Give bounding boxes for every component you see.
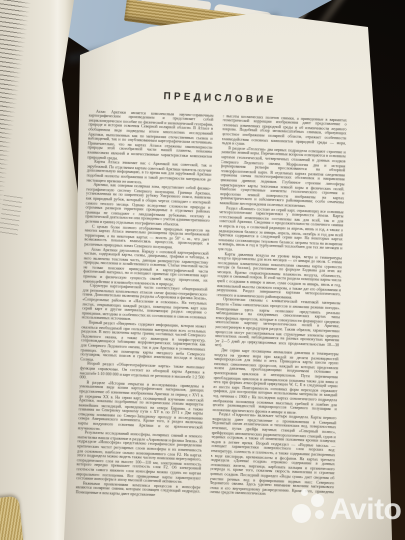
paragraph: Важными проявлениями комплекса процессов… bbox=[76, 481, 201, 499]
text-columns: Атлас Арктики является комплексным научн… bbox=[75, 109, 347, 526]
paragraph: Органически связаны с климатической тема… bbox=[214, 297, 340, 352]
avito-logo-circle bbox=[315, 510, 324, 519]
paragraph: В разделе «Геология» два первых подразде… bbox=[219, 146, 346, 210]
paragraph: Две серии карт посвящены аномалиям давле… bbox=[212, 348, 339, 417]
paragraph: В разделе «История открытия и исследован… bbox=[78, 380, 204, 435]
paragraph: Атлас Арктики двухпланов. Наряду с основ… bbox=[83, 247, 209, 288]
paragraph: Арктика, как северная полярная зона, пре… bbox=[85, 183, 211, 229]
paragraph: Атлас Арктики является комплексным научн… bbox=[87, 109, 213, 164]
photo-scene: ПРЕДИСЛОВИЕ Атлас Арктики является компл… bbox=[0, 0, 405, 540]
paragraph: Раздел «Климат» состоит из серий карт, о… bbox=[218, 206, 344, 256]
avito-watermark-label: Avito bbox=[330, 487, 401, 533]
right-text-column: с высоты космических полетов снимки, а п… bbox=[208, 114, 347, 526]
avito-logo-circle bbox=[301, 489, 308, 496]
paragraph: Структура картографической части соответ… bbox=[82, 284, 208, 325]
paragraph: Первый раздел «Введение» содержит информ… bbox=[80, 320, 206, 366]
paragraph: Карты давления воздуха на уровне моря, в… bbox=[216, 252, 342, 302]
paragraph: Результаты исследований ионосферы, поляр… bbox=[76, 431, 202, 486]
left-text-column: Атлас Арктики является комплексным научн… bbox=[75, 109, 214, 521]
preface-page-content: ПРЕДИСЛОВИЕ Атлас Арктики является компл… bbox=[75, 79, 348, 525]
avito-logo-icon bbox=[289, 487, 330, 533]
avito-logo-circle bbox=[311, 494, 324, 507]
avito-watermark: Avito bbox=[289, 487, 401, 533]
page-title: ПРЕДИСЛОВИЕ bbox=[89, 86, 347, 109]
avito-logo-circle bbox=[292, 504, 311, 523]
